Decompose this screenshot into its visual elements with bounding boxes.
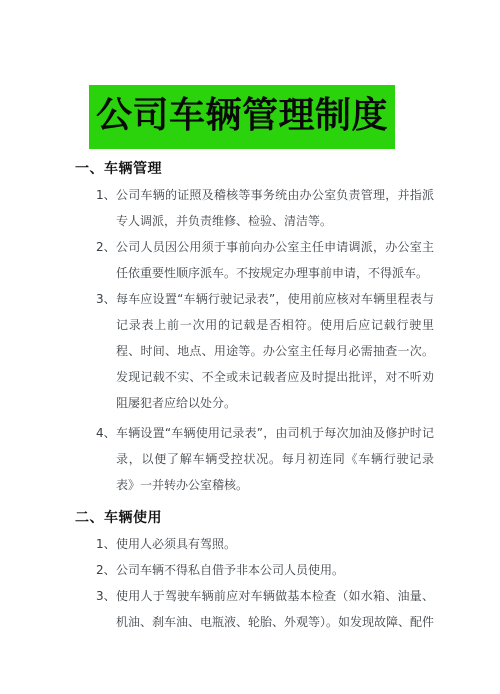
list-item: 3、 使用人于驾驶车辆前应对车辆做基本检查（如水箱、油量、机油、刹车油、电瓶液、…: [96, 583, 434, 635]
list-item-text: 每车应设置“车辆行驶记录表”，使用前应核对车辆里程表与记录表上前一次用的记载是否…: [116, 286, 434, 416]
list-item-number: 4、: [96, 420, 116, 498]
list-item-number: 1、: [96, 182, 116, 234]
list-item-text: 使用人必须具有驾照。: [116, 531, 434, 557]
document-title: 公司车辆管理制度: [89, 85, 395, 149]
list-item: 2、 公司人员因公用须于事前向办公室主任申请调派，办公室主任依重要性顺序派车。不…: [96, 234, 434, 286]
list-item: 3、 每车应设置“车辆行驶记录表”，使用前应核对车辆里程表与记录表上前一次用的记…: [96, 286, 434, 416]
title-block: 公司车辆管理制度: [89, 85, 500, 149]
list-item-number: 1、: [96, 531, 116, 557]
list-item: 1、 公司车辆的证照及稽核等事务统由办公室负责管理，并指派专人调派，并负责维修、…: [96, 182, 434, 234]
section-heading-vehicle-usage: 二、车辆使用: [75, 505, 500, 531]
list-item: 2、 公司车辆不得私自借予非本公司人员使用。: [96, 557, 434, 583]
list-item-text: 公司人员因公用须于事前向办公室主任申请调派，办公室主任依重要性顺序派车。不按规定…: [116, 234, 434, 286]
document-page: 公司车辆管理制度 一、车辆管理 1、 公司车辆的证照及稽核等事务统由办公室负责管…: [0, 0, 500, 694]
list-item-text: 公司车辆不得私自借予非本公司人员使用。: [116, 557, 434, 583]
list-item: 4、 车辆设置“车辆使用记录表”，由司机于每次加油及修护时记录，以便了解车辆受控…: [96, 420, 434, 498]
list-item-number: 2、: [96, 557, 116, 583]
section-vehicle-usage-items: 1、 使用人必须具有驾照。 2、 公司车辆不得私自借予非本公司人员使用。 3、 …: [96, 531, 434, 635]
list-item: 1、 使用人必须具有驾照。: [96, 531, 434, 557]
section-heading-vehicle-management: 一、车辆管理: [75, 156, 500, 182]
list-item-number: 2、: [96, 234, 116, 286]
section-vehicle-management-items: 1、 公司车辆的证照及稽核等事务统由办公室负责管理，并指派专人调派，并负责维修、…: [96, 182, 434, 498]
list-item-number: 3、: [96, 583, 116, 635]
list-item-text: 公司车辆的证照及稽核等事务统由办公室负责管理，并指派专人调派，并负责维修、检验、…: [116, 182, 434, 234]
list-item-text: 车辆设置“车辆使用记录表”，由司机于每次加油及修护时记录，以便了解车辆受控状况。…: [116, 420, 434, 498]
list-item-text: 使用人于驾驶车辆前应对车辆做基本检查（如水箱、油量、机油、刹车油、电瓶液、轮胎、…: [116, 583, 434, 635]
list-item-number: 3、: [96, 286, 116, 416]
